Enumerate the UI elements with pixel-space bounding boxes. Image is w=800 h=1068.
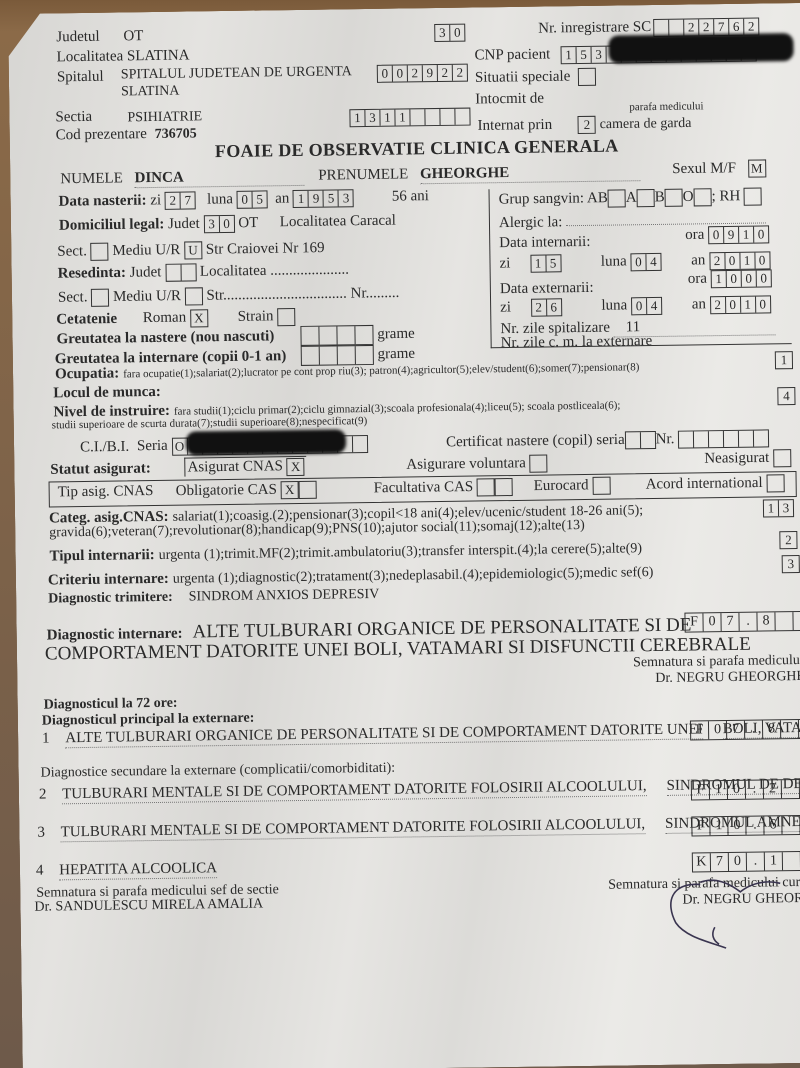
digit-box: [455, 109, 469, 125]
diagnostic-number: 3: [37, 825, 45, 841]
voluntara-row: Asigurare voluntara: [406, 455, 548, 475]
digit-box: 0: [726, 297, 741, 313]
resedinta-judet-code[interactable]: [165, 263, 196, 281]
prenumele-row: PRENUMELE GHEORGHE: [318, 163, 640, 185]
alergic-label: Alergic la:: [499, 214, 563, 231]
internare-an-label: an: [691, 253, 705, 269]
data-nasterii-row: Data nasterii: zi 27 luna 05 an 1953 56 …: [59, 188, 430, 211]
digit-box: 3: [365, 110, 380, 126]
roman-checkbox[interactable]: X: [190, 309, 208, 327]
digit-box: 0: [728, 781, 746, 799]
prenumele-label: PRENUMELE: [318, 166, 408, 183]
diagnostic-code-boxes: K70.1: [692, 851, 800, 873]
sex-label: Sexul M/F: [672, 160, 736, 177]
criteriu-value: 3: [782, 555, 800, 574]
facultativa-checkbox-2[interactable]: [495, 478, 513, 496]
digit-box: 0: [742, 271, 757, 287]
digit-box: 9: [309, 191, 324, 207]
digit-box: 3: [592, 47, 607, 63]
nastere-an: 1953: [293, 189, 354, 208]
digit-box: 3: [204, 216, 219, 232]
diagnostic-line1: TULBURARI MENTALE SI DE COMPORTAMENT DAT…: [61, 815, 646, 842]
internare-zi: 15: [530, 254, 561, 272]
digit-box: [793, 612, 800, 630]
numele-row: NUMELE DINCA: [60, 168, 304, 189]
varsta: 56 ani: [392, 189, 429, 206]
digit-box: 1: [395, 110, 410, 126]
digit-box: [319, 326, 337, 344]
cod-prezentare-value: 736705: [155, 126, 197, 142]
digit-box: [425, 109, 440, 125]
internare-an: 2010: [709, 251, 770, 270]
digit-box: 1: [740, 253, 755, 269]
tip-internare-options: urgenta (1);trimit.MF(2);trimit.ambulato…: [159, 541, 643, 563]
instruire-options-1: fara studii(1);ciclu primar(2);ciclu gim…: [174, 399, 621, 417]
digit-box: [783, 852, 800, 870]
diagnostic-number: 2: [39, 787, 47, 803]
digit-box: F: [692, 781, 710, 799]
digit-box: .: [745, 721, 763, 739]
zile-cm-label: Nr. zile c. m. la externare: [501, 333, 653, 352]
instruire-code[interactable]: 4: [777, 387, 795, 405]
digit-box: 0: [709, 721, 727, 739]
situatii-checkbox[interactable]: [578, 68, 596, 86]
digit-box: 1: [294, 191, 309, 207]
digit-box: 0: [631, 254, 646, 270]
trimitere-row: Diagnostic trimitere: SINDROM ANXIOS DEP…: [48, 585, 379, 608]
sectia-code: 1311: [349, 108, 470, 128]
categ-value: 13: [763, 499, 794, 518]
obligatorie-label: Obligatorie CAS: [176, 482, 277, 499]
diagnostic-code-boxes: F07.8: [690, 719, 800, 741]
judet-row: Judetul OT: [56, 28, 143, 46]
digit-box: 0: [727, 271, 742, 287]
digit-box: [782, 780, 800, 798]
judet-label: Judetul: [56, 29, 100, 46]
digit-box: [166, 265, 181, 281]
internat-prin-label: Internat prin: [477, 117, 552, 134]
domiciliu-adresa-row: Sect. Mediu U/R U Str Craiovei Nr 169: [57, 240, 324, 262]
diag-internare-label: Diagnostic internare:: [47, 626, 183, 644]
diagnostic-code-boxes: F10.2: [691, 779, 800, 801]
digit-box: .: [747, 853, 765, 871]
spital-value: SPITALUL JUDETEAN DE URGENTA SLATINA: [121, 63, 352, 100]
digit-box: [301, 327, 319, 345]
an-label: an: [275, 191, 289, 207]
sect-label: Sect.: [57, 243, 87, 259]
tip-asig-label: Tip asig. CNAS: [58, 483, 154, 501]
digit-box: [709, 431, 724, 447]
internare-zi-label: zi: [499, 255, 510, 271]
observation-sheet: Judetul OT 30 Localitatea SLATINA Spital…: [8, 3, 800, 1068]
zi-label: zi: [150, 192, 161, 208]
grup-o-checkbox[interactable]: [693, 188, 711, 206]
nastere-luna: 05: [237, 190, 268, 208]
digit-box: [181, 264, 195, 280]
digit-box: 0: [729, 853, 747, 871]
certificat-seria[interactable]: [625, 431, 656, 449]
eurocard-label: Eurocard: [534, 477, 589, 494]
digit-box: K: [693, 853, 711, 871]
tip-internare-value: 2: [779, 531, 797, 550]
greutate-nastere-boxes[interactable]: [300, 325, 373, 346]
digit-box: .: [746, 817, 764, 835]
ci-label: C.I./B.I.: [80, 439, 129, 456]
signature-scribble: [640, 871, 800, 964]
domiciliu-row: Domiciliul legal: Judet 30 OT Localitate…: [59, 213, 396, 236]
instruire-value: 4: [777, 387, 795, 406]
digit-box: 0: [219, 216, 233, 232]
secundare-label: Diagnostice secundare la externare (comp…: [40, 761, 395, 782]
judet-code: 30: [434, 24, 465, 43]
digit-box: 3: [435, 25, 450, 41]
greutate-nastere-label: Greutatea la nastere (nou nascuti): [56, 328, 274, 348]
resedinta-adresa-row: Sect. Mediu U/R Str.....................…: [58, 285, 400, 308]
digit-box: 3: [339, 190, 353, 206]
certificat-label: Certificat nastere (copil) seria: [446, 432, 625, 450]
strain-checkbox[interactable]: [277, 308, 295, 326]
rh-label: ; RH: [711, 188, 740, 204]
neasigurat-checkbox[interactable]: [773, 449, 791, 467]
loc-munca-label: Locul de munca:: [53, 384, 161, 402]
grup-a-label: A: [626, 190, 637, 206]
digit-box: 1: [764, 501, 779, 517]
digit-box: 0: [755, 252, 769, 268]
diagnostic-code-boxes: F10.6: [691, 815, 800, 837]
resedinta-strada: Str................................. Nr.…: [206, 285, 399, 304]
grup-o-label: O: [683, 189, 694, 205]
digit-box: 2: [532, 300, 547, 316]
voluntara-label: Asigurare voluntara: [406, 455, 526, 473]
digit-box: 6: [764, 816, 782, 834]
digit-box: F: [692, 817, 710, 835]
numele-label: NUMELE: [60, 170, 123, 187]
grame-label: grame: [377, 326, 415, 343]
cnas-field: Asigurat CNAS X: [184, 456, 306, 477]
digit-box: 1: [765, 852, 783, 870]
digit-box: 4: [647, 298, 661, 314]
digit-box: 5: [253, 191, 267, 207]
tip-internare-code[interactable]: 2: [779, 531, 797, 549]
digit-box: 7: [721, 613, 739, 631]
roman-label: Roman: [143, 310, 187, 327]
digit-box: [641, 432, 655, 448]
digit-box: F: [685, 613, 703, 631]
localitate-row: Localitatea SLATINA: [56, 47, 189, 66]
obligatorie-field: Obligatorie CAS X: [176, 481, 317, 501]
facultativa-label: Facultativa CAS: [374, 479, 474, 496]
digit-box: [440, 109, 455, 125]
externare-ora: ora 1000: [688, 269, 772, 288]
spital-value-line1: SPITALUL JUDETEAN DE URGENTA: [121, 63, 352, 83]
digit-box: 1: [739, 227, 754, 243]
externare-an-label: an: [692, 297, 706, 313]
judet-value: OT: [123, 28, 143, 44]
acord-label: Acord international: [646, 475, 763, 493]
digit-box: 7: [181, 192, 195, 208]
resedinta-label: Resedinta:: [58, 265, 127, 282]
certificat-nr-label: Nr.: [656, 431, 675, 447]
digit-box: 1: [380, 110, 395, 126]
grup-label: Grup sangvin:: [499, 190, 585, 207]
digit-box: 0: [450, 25, 464, 41]
digit-box: 2: [166, 193, 181, 209]
sef-sectie-name: Dr. SANDULESCU MIRELA AMALIA: [34, 897, 263, 916]
resedinta-sect-checkbox[interactable]: [91, 289, 109, 307]
page-title: FOAIE DE OBSERVATIE CLINICA GENERALA: [215, 135, 619, 162]
digit-box: [754, 430, 768, 446]
digit-box: 1: [531, 256, 546, 272]
data-nasterii-label: Data nasterii:: [59, 193, 147, 210]
diagnostic-code: K70.1: [692, 851, 800, 873]
voluntara-checkbox[interactable]: [530, 455, 548, 473]
digit-box: 0: [756, 296, 770, 312]
sect-checkbox[interactable]: [91, 243, 109, 261]
internare-luna: 04: [630, 253, 661, 271]
rh-checkbox[interactable]: [744, 187, 762, 205]
resedinta-row: Resedinta: Judet Localitatea ...........…: [58, 261, 350, 283]
externare-luna: 04: [631, 297, 662, 315]
greutate-nastere-field: grame: [300, 324, 415, 346]
ocupatie-value: 1: [775, 351, 793, 370]
digit-box: 1: [712, 271, 727, 287]
grup-a-checkbox[interactable]: [637, 189, 655, 207]
mediu-label: Mediu U/R: [112, 242, 180, 259]
digit-box: 0: [632, 298, 647, 314]
grup-b-checkbox[interactable]: [665, 189, 683, 207]
diagnostic-code: F10.2: [691, 779, 800, 801]
digit-box: [337, 326, 355, 344]
externare-ora-label: ora: [688, 271, 707, 287]
ci-redaction: [186, 429, 346, 455]
digit-box: [355, 326, 372, 344]
externare-zi: 26: [531, 298, 562, 316]
digit-box: 0: [393, 66, 408, 82]
sectia-code-boxes: 1311: [349, 108, 470, 128]
internare-ora: ora 0910: [685, 225, 769, 244]
neasigurat-row: Neasigurat: [704, 449, 791, 468]
localitate-value: SLATINA: [127, 47, 190, 64]
digit-box: 5: [577, 47, 592, 63]
digit-box: 1: [562, 47, 577, 63]
digit-box: 2: [710, 253, 725, 269]
prenumele-value: GHEORGHE: [420, 163, 640, 184]
digit-box: 9: [724, 227, 739, 243]
digit-box: 6: [547, 299, 561, 315]
trimitere-value: SINDROM ANXIOS DEPRESIV: [189, 587, 380, 605]
digit-box: .: [739, 613, 757, 631]
facultativa-field: Facultativa CAS: [374, 478, 514, 498]
diag-internare-code-boxes: F07.8: [684, 611, 800, 633]
internare-ora-boxes: 0910: [708, 225, 769, 244]
spital-value-line2: SLATINA: [121, 80, 352, 100]
facultativa-checkbox[interactable]: [477, 478, 495, 496]
externare-data-row: zi 26 luna 04 an 2010: [500, 295, 771, 317]
diagnostic-number: 1: [42, 730, 50, 746]
grup-b-label: B: [655, 189, 665, 205]
digit-box: 0: [757, 270, 771, 286]
externare-an: 2010: [710, 295, 771, 314]
externare-zi-label: zi: [500, 299, 511, 315]
parafa-label: parafa medicului: [629, 100, 703, 113]
digit-box: 9: [423, 65, 438, 81]
digit-box: 0: [378, 66, 393, 82]
statut-row: Statut asigurat: Asigurat CNAS X: [50, 458, 307, 480]
cnas-label: Asigurat CNAS: [187, 459, 283, 476]
mediu-value[interactable]: U: [184, 241, 202, 259]
digit-box: [724, 431, 739, 447]
digit-box: 2: [438, 65, 453, 81]
categ-code: 13: [763, 499, 794, 517]
digit-box: [410, 110, 425, 126]
criteriu-options: urgenta (1);diagnostic(2);tratament(3);n…: [173, 565, 654, 587]
obligatorie-checkbox-2[interactable]: [299, 481, 317, 499]
criteriu-label: Criteriu internare:: [48, 571, 169, 589]
diagnostic-line1: TULBURARI MENTALE SI DE COMPORTAMENT DAT…: [62, 777, 647, 804]
spital-code-boxes: 002922: [377, 64, 468, 83]
digit-box: 0: [728, 817, 746, 835]
diag72-label: Diagnosticul la 72 ore:: [44, 696, 178, 714]
sex-value[interactable]: M: [748, 159, 766, 177]
digit-box: 8: [763, 720, 781, 738]
digit-box: 2: [764, 780, 782, 798]
internat-prin-row: Internat prin 2 camera de garda: [477, 114, 691, 135]
situatii-label: Situatii speciale: [475, 69, 571, 86]
strada: Str Craiovei Nr 169: [206, 240, 325, 258]
data-externarii-label: Data externarii:: [500, 280, 594, 298]
intocmit-label: Intocmit de: [475, 91, 544, 109]
digit-box: F: [691, 721, 709, 739]
diagnostics-list: 1 ALTE TULBURARI ORGANICE DE PERSONALITA…: [8, 3, 800, 14]
resedinta-judet-label: Judet: [130, 264, 162, 280]
internat-prin-code[interactable]: 2: [578, 116, 596, 134]
cod-prezentare-row: Cod prezentare 736705: [56, 125, 197, 144]
spital-label: Spitalul: [57, 69, 104, 87]
digit-box: .: [746, 781, 764, 799]
domiciliu-judet-code: 30: [203, 215, 234, 233]
grup-ab-checkbox[interactable]: [608, 189, 626, 207]
ocupatie-label: Ocupatia:: [55, 365, 119, 382]
resedinta-localitate: Localitatea .....................: [200, 262, 349, 280]
sectia-label: Sectia: [55, 109, 92, 127]
digit-box: 2: [408, 66, 423, 82]
digit-box: 1: [350, 110, 365, 126]
eurocard-field: Eurocard: [534, 477, 611, 496]
digit-box: 8: [757, 612, 775, 630]
grup-ab-label: AB: [587, 190, 608, 206]
tip-internare-label: Tipul internarii:: [49, 547, 154, 564]
sex-row: Sexul M/F M: [672, 159, 766, 178]
digit-box: 0: [754, 226, 768, 242]
ocupatie-code[interactable]: 1: [775, 351, 793, 369]
digit-box: 2: [711, 297, 726, 313]
data-internarii-label: Data internarii:: [499, 234, 590, 252]
diagnostic-code: F10.6: [691, 815, 800, 837]
digit-box: 7: [727, 721, 745, 739]
seria-label: Seria: [137, 438, 168, 454]
resedinta-mediu-label: Mediu U/R: [113, 288, 181, 305]
digit-box: [694, 431, 709, 447]
digit-box: 4: [646, 254, 660, 270]
resedinta-mediu-checkbox[interactable]: [185, 287, 203, 305]
nastere-zi: 27: [165, 191, 196, 209]
digit-box: 7: [711, 853, 729, 871]
neasigurat-label: Neasigurat: [704, 450, 769, 467]
criteriu-code[interactable]: 3: [782, 555, 800, 573]
digit-box: [781, 720, 799, 738]
digit-box: 5: [324, 190, 339, 206]
spital-code: 002922: [377, 64, 468, 84]
digit-box: 0: [725, 253, 740, 269]
digit-box: 1: [741, 297, 756, 313]
strain-label: Strain: [238, 309, 274, 325]
domiciliu-localitate: Localitatea Caracal: [280, 213, 396, 231]
luna-label: luna: [207, 191, 233, 207]
externare-ora-boxes: 1000: [711, 269, 772, 288]
cetatenie-row: Cetatenie Roman X Strain: [56, 308, 295, 329]
internat-prin-value: camera de garda: [600, 116, 692, 132]
digit-box: [775, 612, 793, 630]
cnp-label: CNP pacient: [475, 46, 551, 64]
sectia-value: PSIHIATRIE: [127, 109, 202, 126]
judet-code-boxes: 30: [434, 24, 465, 42]
grup-sangvin-row: Grup sangvin: ABABO; RH: [499, 187, 763, 209]
diagnostic-row: 3 TULBURARI MENTALE SI DE COMPORTAMENT D…: [37, 813, 800, 843]
medic-internare: Dr. NEGRU GHEORGHE: [655, 669, 800, 687]
internare-ora-label: ora: [685, 227, 704, 243]
digit-box: 0: [709, 227, 724, 243]
domiciliu-judet: OT: [238, 215, 258, 231]
diagnostic-number: 4: [36, 863, 44, 879]
resedinta-sect-label: Sect.: [58, 289, 88, 305]
ocupatie-options: fara ocupatie(1);salariat(2);lucrator pe…: [123, 361, 639, 380]
diagnostic-row: 4 HEPATITA ALCOOLICA: [36, 859, 217, 881]
digit-box: 1: [710, 817, 728, 835]
digit-box: [739, 431, 754, 447]
domiciliu-judet-label: Judet: [168, 216, 200, 232]
statut-label: Statut asigurat:: [50, 460, 151, 477]
tip-internare-row: Tipul internarii: urgenta (1);trimit.MF(…: [49, 539, 642, 565]
acord-field: Acord international: [646, 474, 785, 494]
cod-prezentare-label: Cod prezentare: [56, 126, 147, 143]
situatii-row: Situatii speciale: [475, 68, 596, 88]
certificat-nr[interactable]: [678, 429, 769, 448]
digit-box: 0: [703, 613, 721, 631]
certificat-row: Certificat nastere (copil) seriaNr.: [446, 429, 769, 452]
eurocard-checkbox[interactable]: [592, 477, 610, 495]
digit-box: 2: [453, 65, 467, 81]
cnp-redaction: [608, 33, 793, 64]
digit-box: 3: [779, 500, 793, 516]
digit-box: [679, 431, 694, 447]
cetatenie-label: Cetatenie: [56, 311, 117, 328]
localitate-label: Localitatea: [56, 48, 123, 65]
digit-box: [782, 816, 800, 834]
externare-luna-label: luna: [601, 298, 627, 314]
digit-box: 1: [710, 781, 728, 799]
diagnostic-code: F07.8: [690, 719, 800, 741]
digit-box: [626, 432, 641, 448]
internare-luna-label: luna: [601, 254, 627, 270]
digit-box: 0: [238, 192, 253, 208]
trimitere-label: Diagnostic trimitere:: [48, 590, 173, 607]
diagnostic-line1: HEPATITA ALCOOLICA: [59, 859, 217, 880]
acord-checkbox[interactable]: [766, 474, 784, 492]
obligatorie-checkbox[interactable]: X: [281, 481, 299, 499]
numele-value: DINCA: [134, 168, 304, 188]
diag-internare-code: F07.8: [684, 611, 800, 633]
cnas-checkbox[interactable]: X: [287, 458, 305, 476]
